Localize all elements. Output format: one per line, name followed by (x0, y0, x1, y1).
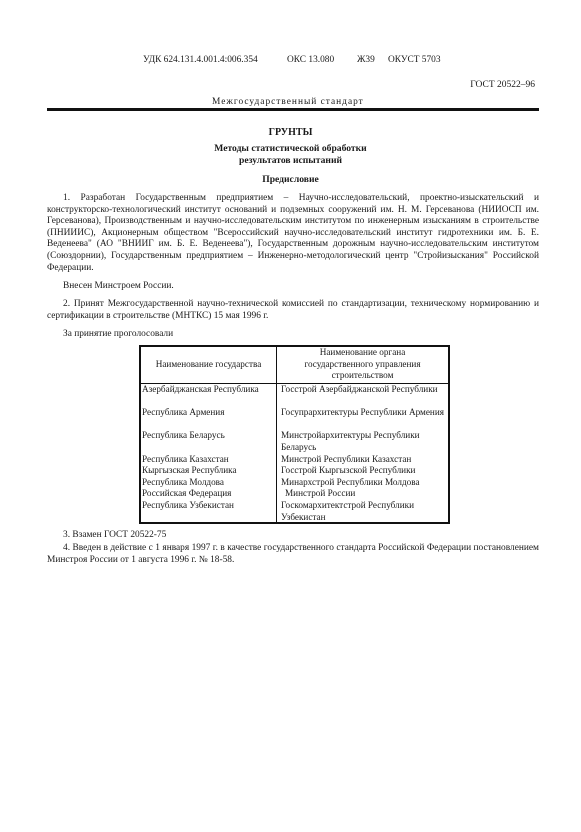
paragraph-developed-by: 1. Разработан Государственным предприяти… (47, 193, 539, 274)
table-cell-state: Российская Федерация (142, 488, 275, 500)
voting-states-table: Наименование государства Наименование ор… (139, 345, 450, 524)
table-cell-state: Республика Беларусь (142, 430, 275, 453)
table-cell-authority: Госкомархитектстрой Республики Узбекиста… (281, 500, 446, 523)
table-column-states: Азербайджанская Республика Республика Ар… (142, 384, 275, 512)
document-page: УДК 624.131.4.001.4:006.354ОКС 13.080Ж39… (0, 0, 581, 832)
table-cell-authority: Госстрой Кыргызской Республики (281, 465, 446, 477)
okust-code: ОКУСТ 5703 (388, 55, 441, 65)
table-cell-state: Азербайджанская Республика (142, 384, 275, 407)
table-cell-authority: Госстрой Азербайджанской Республики (281, 384, 446, 407)
document-title: ГРУНТЫ (0, 127, 581, 138)
table-cell-state: Республика Армения (142, 407, 275, 430)
paragraph-replaces: 3. Взамен ГОСТ 20522-75 (47, 530, 539, 542)
table-header-authority: Наименование органа государственного упр… (277, 347, 448, 382)
subtitle-line-1: Методы статистической обработки (0, 143, 581, 155)
table-header-state: Наименование государства (141, 359, 276, 371)
paragraph-voted-for: За принятие проголосовали (47, 329, 539, 341)
document-subtitle: Методы статистической обработки результа… (0, 143, 581, 167)
standard-category: Межгосударственный стандарт (212, 97, 364, 107)
paragraph-effective-date: 4. Введен в действие с 1 января 1997 г. … (47, 543, 539, 566)
table-cell-state: Республика Молдова (142, 477, 275, 489)
table-column-authorities: Госстрой Азербайджанской Республики Госу… (281, 384, 446, 523)
header-rule (47, 108, 539, 111)
table-cell-state: Республика Казахстан (142, 454, 275, 466)
paragraph-introduced-by: Внесен Минстроем России. (47, 281, 539, 293)
subtitle-line-2: результатов испытаний (0, 155, 581, 167)
paragraph-adopted-by: 2. Принят Межгосударственной научно-техн… (47, 299, 539, 322)
table-cell-authority: Минстрой Республики Казахстан (281, 454, 446, 466)
classification-codes: УДК 624.131.4.001.4:006.354ОКС 13.080Ж39… (143, 55, 441, 65)
table-cell-authority: Минархстрой Республики Молдова (281, 477, 446, 489)
group-code: Ж39 (357, 55, 388, 65)
table-cell-authority: Минстройархитектуры Республики Беларусь (281, 430, 446, 453)
table-cell-authority: Госупрархитектуры Республики Армения (281, 407, 446, 430)
udk-code: УДК 624.131.4.001.4:006.354 (143, 55, 287, 65)
table-cell-state: Республика Узбекистан (142, 500, 275, 512)
oks-code: ОКС 13.080 (287, 55, 357, 65)
standard-designation: ГОСТ 20522–96 (470, 80, 535, 90)
table-cell-state: Кыргызская Республика (142, 465, 275, 477)
section-heading-preface: Предисловие (0, 174, 581, 185)
table-cell-authority: Минстрой России (281, 488, 446, 500)
